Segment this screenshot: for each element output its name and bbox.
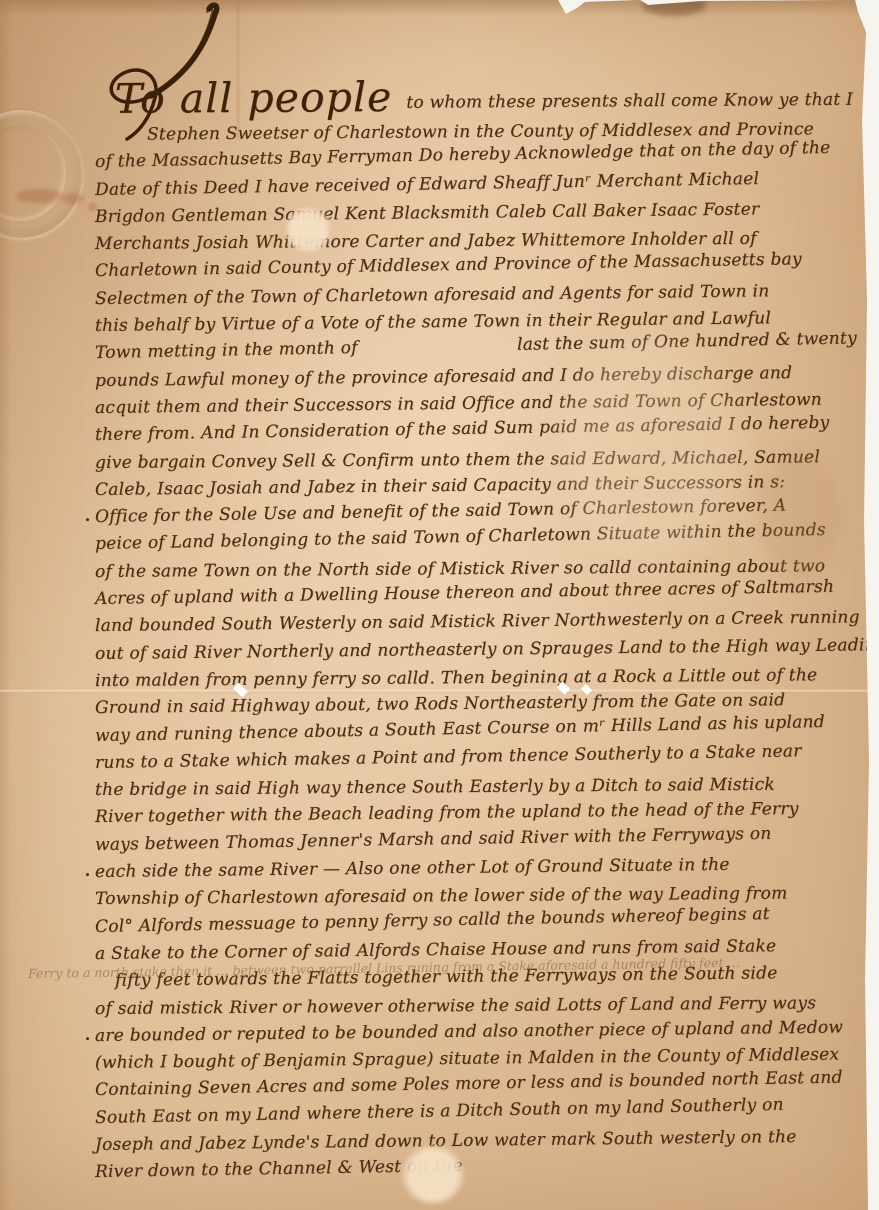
fold-crease-vertical [237, 0, 239, 140]
opening-line: To all people to whom these presents sha… [95, 63, 871, 122]
line-text: pounds Lawful money of the province afor… [95, 363, 792, 391]
line-text: give bargain Convey Sell & Confirm unto … [95, 447, 820, 473]
manuscript-lines: Stephen Sweetser of Charlestown in the C… [95, 122, 871, 1187]
line-text: the bridge in said High way thence South… [95, 775, 775, 800]
line-text: of said mistick River or however otherwi… [95, 993, 816, 1019]
margin-dot [86, 1037, 89, 1040]
line-text: Town metting in the month of [95, 335, 358, 367]
document-page: To all people to whom these presents sha… [0, 0, 879, 1210]
seal-inner-ring [0, 125, 66, 221]
margin-dot [86, 518, 89, 521]
opening-rest-text: to whom these presents shall come Know y… [406, 90, 853, 118]
line-text: each side the same River — Also one othe… [95, 855, 730, 882]
line-text: last the sum of One hundred & twenty [517, 326, 857, 360]
opening-large-text: To all people [115, 77, 393, 120]
line-text: Selectmen of the Town of Charletown afor… [95, 281, 770, 309]
line-text: land bounded South Westerly on said Mist… [95, 608, 860, 637]
margin-dot [86, 873, 89, 876]
line-text: River down to the Channel & West on the [95, 1156, 463, 1182]
paper-stain [642, 0, 706, 16]
fold-crease-horizontal [0, 690, 879, 693]
line-text: out of said River Northerly and northeas… [95, 635, 879, 664]
manuscript-paper: To all people to whom these presents sha… [0, 0, 879, 1210]
manuscript-text: To all people to whom these presents sha… [95, 68, 871, 1187]
line-text: are bounded or reputed to be bounded and… [95, 1017, 843, 1045]
embossed-seal [0, 110, 82, 238]
line-text: Brigdon Gentleman Samuel Kent Blacksmith… [95, 199, 760, 227]
